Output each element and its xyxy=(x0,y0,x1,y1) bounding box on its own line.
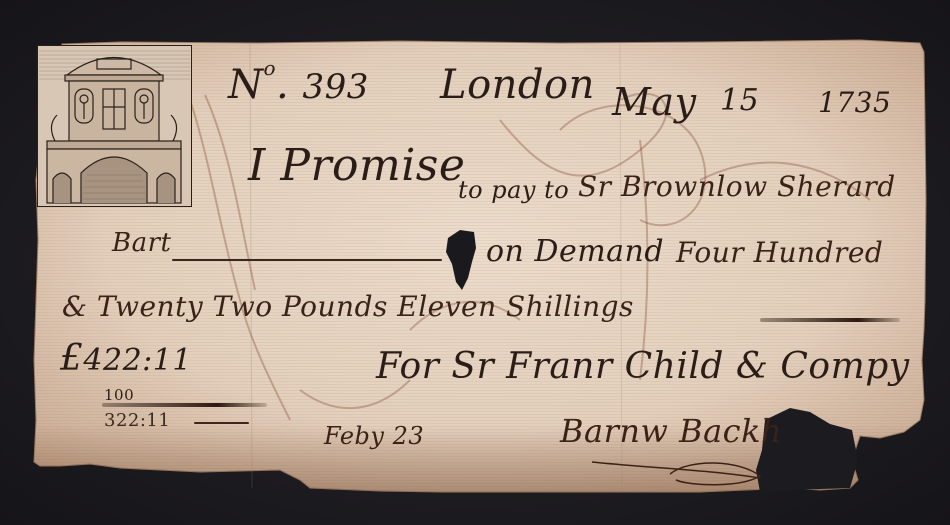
on-demand: on Demand xyxy=(486,234,664,269)
payee-name: Sr Brownlow Sherard xyxy=(578,170,896,203)
date-day: 15 xyxy=(720,83,759,118)
promise-to-pay: to pay to xyxy=(458,176,569,204)
serial-number: No. 393 xyxy=(228,62,369,108)
signature-flourish xyxy=(590,450,770,490)
serial-superscript: o xyxy=(264,56,277,80)
payee-title: Bart xyxy=(112,228,171,258)
amount-value: 422:11 xyxy=(83,343,192,378)
place: London xyxy=(440,62,595,108)
amount-figures: £422:11 xyxy=(60,338,192,379)
currency-symbol: £ xyxy=(60,338,83,379)
deduction-rule xyxy=(102,403,267,407)
for-bank: For Sr Franr Child & Compy xyxy=(376,346,910,387)
deduction-figure: 100 xyxy=(104,386,134,404)
serial-prefix: N xyxy=(228,62,264,108)
blank-line-2 xyxy=(760,318,900,322)
balance-figure: 322:11 xyxy=(104,410,170,431)
balance-rule xyxy=(194,422,249,424)
promise-lead: I Promise xyxy=(248,140,465,191)
amount-words-start: Four Hundred xyxy=(676,236,883,269)
date-year: 1735 xyxy=(818,86,891,119)
endorsement-date: Feby 23 xyxy=(324,422,424,450)
temple-bar-vignette xyxy=(37,45,192,207)
cashier-signature: Barnw Backh xyxy=(560,412,782,450)
date-month: May xyxy=(612,80,697,124)
amount-words: & Twenty Two Pounds Eleven Shillings xyxy=(62,290,634,323)
promissory-note: No. 393 London May 15 1735 I Promise to … xyxy=(0,0,950,525)
blank-line-1 xyxy=(172,259,442,261)
serial-value: 393 xyxy=(302,67,368,107)
